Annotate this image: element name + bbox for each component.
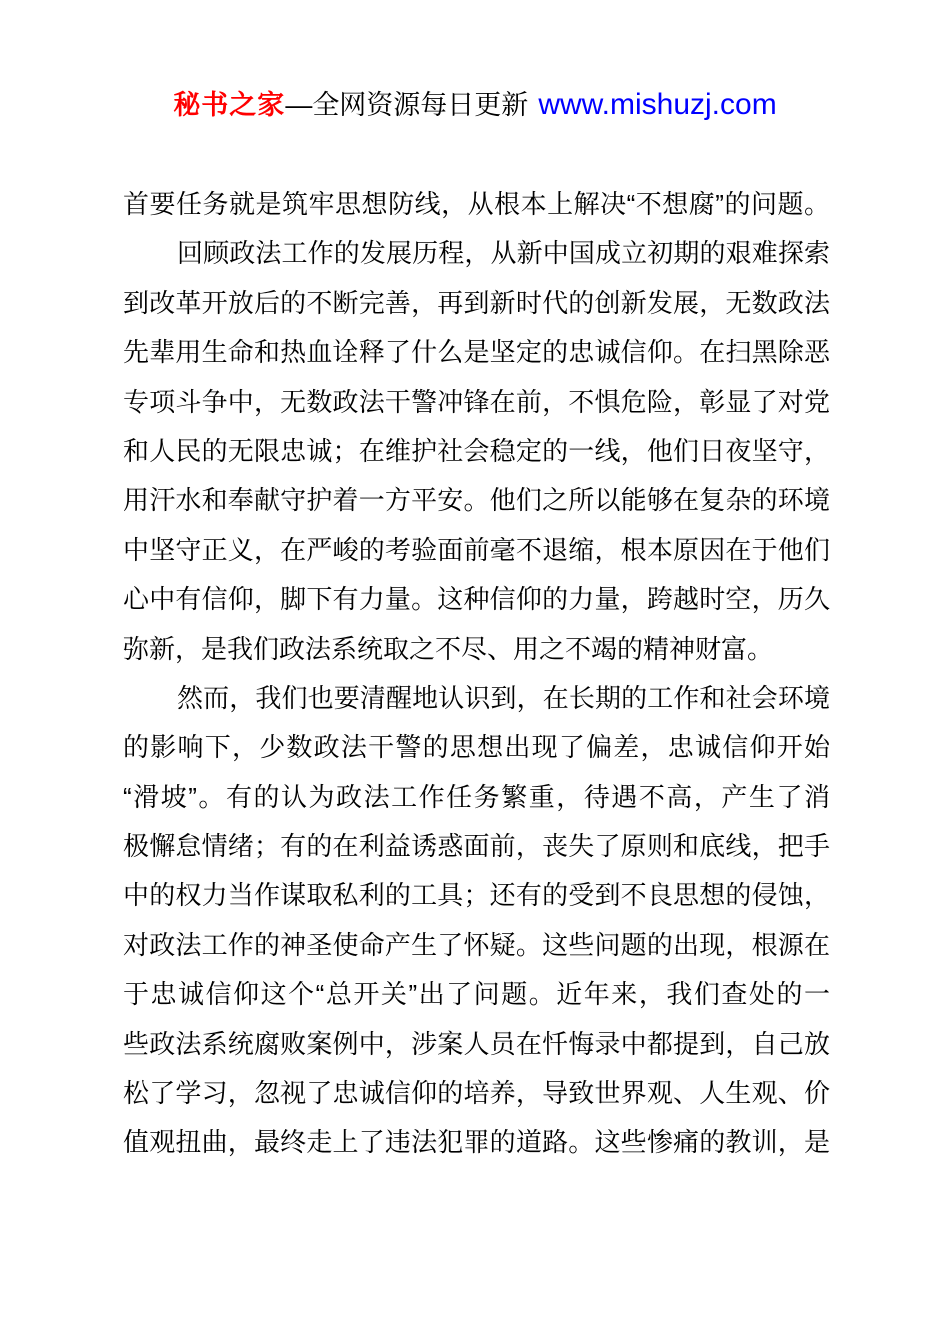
document-page: 秘书之家—全网资源每日更新www.mishuzj.com 首要任务就是筑牢思想防… xyxy=(0,0,950,1344)
text-line: 到改革开放后的不断完善，再到新时代的创新发展，无数政法 xyxy=(123,279,830,328)
text-line: 然而，我们也要清醒地认识到，在长期的工作和社会环境 xyxy=(123,674,830,723)
text-line: 于忠诚信仰这个“总开关”出了问题。近年来，我们查处的一 xyxy=(123,970,830,1019)
text-line: 极懈怠情绪；有的在利益诱惑面前，丧失了原则和底线，把手 xyxy=(123,822,830,871)
site-url-link[interactable]: www.mishuzj.com xyxy=(538,88,776,121)
site-tagline: 全网资源每日更新 xyxy=(312,90,528,120)
text-line: 中的权力当作谋取私利的工具；还有的受到不良思想的侵蚀， xyxy=(123,871,830,920)
body-text: 首要任务就是筑牢思想防线，从根本上解决“不想腐”的问题。回顾政法工作的发展历程，… xyxy=(123,180,830,1168)
page-header: 秘书之家—全网资源每日更新www.mishuzj.com xyxy=(0,86,950,124)
text-line: 松了学习，忽视了忠诚信仰的培养，导致世界观、人生观、价 xyxy=(123,1069,830,1118)
text-line: 用汗水和奉献守护着一方平安。他们之所以能够在复杂的环境 xyxy=(123,476,830,525)
text-line: 中坚守正义，在严峻的考验面前毫不退缩，根本原因在于他们 xyxy=(123,526,830,575)
text-line: 和人民的无限忠诚；在维护社会稳定的一线，他们日夜坚守， xyxy=(123,427,830,476)
text-line: 回顾政法工作的发展历程，从新中国成立初期的艰难探索 xyxy=(123,229,830,278)
text-line: 值观扭曲，最终走上了违法犯罪的道路。这些惨痛的教训，是 xyxy=(123,1118,830,1167)
text-line: 对政法工作的神圣使命产生了怀疑。这些问题的出现，根源在 xyxy=(123,921,830,970)
text-line: 心中有信仰，脚下有力量。这种信仰的力量，跨越时空，历久 xyxy=(123,575,830,624)
text-line: 先辈用生命和热血诠释了什么是坚定的忠诚信仰。在扫黑除恶 xyxy=(123,328,830,377)
brand-separator: — xyxy=(285,90,312,120)
text-line: 专项斗争中，无数政法干警冲锋在前，不惧危险，彰显了对党 xyxy=(123,378,830,427)
site-brand: 秘书之家 xyxy=(173,90,285,120)
text-line: 的影响下，少数政法干警的思想出现了偏差，忠诚信仰开始 xyxy=(123,723,830,772)
text-line: “滑坡”。有的认为政法工作任务繁重，待遇不高，产生了消 xyxy=(123,773,830,822)
text-line: 弥新，是我们政法系统取之不尽、用之不竭的精神财富。 xyxy=(123,625,830,674)
text-line: 些政法系统腐败案例中，涉案人员在忏悔录中都提到，自己放 xyxy=(123,1020,830,1069)
text-line: 首要任务就是筑牢思想防线，从根本上解决“不想腐”的问题。 xyxy=(123,180,830,229)
